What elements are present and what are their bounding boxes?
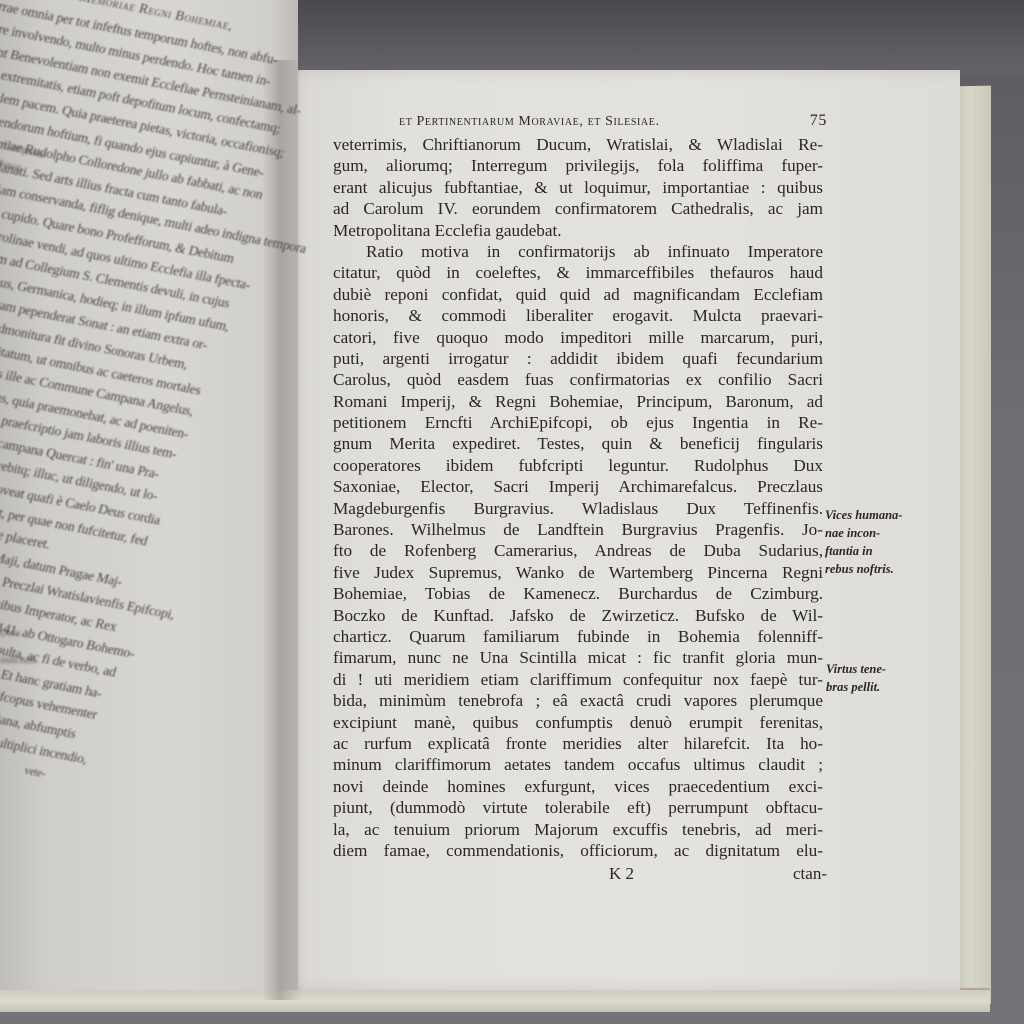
text-line: piunt, (dummodò virtute tolerabile eft) … xyxy=(333,797,823,818)
marginal-note-line: Virtus tene- xyxy=(826,660,886,678)
text-line: Metropolitana Ecclefia gaudebat. xyxy=(333,220,823,241)
marginal-note-line: ftantia in xyxy=(825,542,902,560)
marginal-note-line: rebus noftris. xyxy=(825,560,902,578)
text-line: minum clariffimorum aetates tandem occaf… xyxy=(333,754,823,775)
text-line: bida, minimùm tenebrofa ; eâ exactâ crud… xyxy=(333,690,823,711)
text-line: novi deinde homines exfurgunt, vices pra… xyxy=(333,776,823,797)
vellum-cover-right-edge xyxy=(955,86,991,1005)
vellum-cover-bottom-edge xyxy=(0,988,990,1012)
background-shadow xyxy=(280,0,1024,75)
text-line: ad Carolum IV. eorundem confirmatorem Ca… xyxy=(333,198,823,219)
text-line: la, ac tenuium priorum Majorum excuffis … xyxy=(333,819,823,840)
signature-mark: K 2 xyxy=(609,864,634,884)
catchword: ctan- xyxy=(793,864,827,884)
text-line: gum, aliorumq; Interregum privilegijs, f… xyxy=(333,155,823,176)
text-line: puti, argenti irrogatur : addidit ibidem… xyxy=(333,348,823,369)
page-number: 75 xyxy=(810,112,827,130)
text-line: gnum Merita expediret. Testes, quin & be… xyxy=(333,433,823,454)
text-line: ac rurfum explicatâ fronte meridies alte… xyxy=(333,733,823,754)
running-head: et Pertinentiarum Moraviae, et Silesiae.… xyxy=(333,112,823,134)
text-line: erant alicujus fubftantiae, & ut loquimu… xyxy=(333,177,823,198)
text-line: veterrimis, Chriftianorum Ducum, Wratisl… xyxy=(333,134,823,155)
marginal-note-vices: Vices humana- nae incon- ftantia in rebu… xyxy=(825,506,902,578)
text-line: diem famae, commendationis, officiorum, … xyxy=(333,840,823,861)
text-line: fto de Rofenberg Camerarius, Andreas de … xyxy=(333,540,823,561)
text-line: Romani Imperij, & Regni Bohemiae, Princi… xyxy=(333,391,823,412)
text-line: excipiunt manè, quibus confumptis denuò … xyxy=(333,712,823,733)
book-photo: Sacrae Memoriae Regni Bohemiae, terrae o… xyxy=(0,0,1024,1024)
marginal-note-line: bras pellit. xyxy=(826,678,886,696)
marginal-note-line: nae incon- xyxy=(825,524,902,542)
body-text: veterrimis, Chriftianorum Ducum, Wratisl… xyxy=(333,134,823,861)
left-margin-notes-lower: Deus indicium. xyxy=(0,620,26,674)
text-line: Boczko de Kunftad. Jafsko de Zwirzeticz.… xyxy=(333,605,823,626)
text-line: Barones. Wilhelmus de Landftein Burgravi… xyxy=(333,519,823,540)
left-margin-note: Deus indicium. xyxy=(0,620,26,674)
text-line: Magdeburgenfis Burgravius. Wladislaus Du… xyxy=(333,498,823,519)
text-line: Ratio motiva in confirmatorijs ab infinu… xyxy=(333,241,823,262)
text-line: five Judex Supremus, Wanko de Wartemberg… xyxy=(333,562,823,583)
text-line: citatur, quòd in coeleftes, & immarceffi… xyxy=(333,262,823,283)
left-page-text: Sacrae Memoriae Regni Bohemiae, terrae o… xyxy=(0,0,275,786)
text-line: cooperatores ibidem fubfcripti leguntur.… xyxy=(333,455,823,476)
marginal-note-virtus: Virtus tene- bras pellit. xyxy=(826,660,886,696)
marginal-note-line: Vices humana- xyxy=(825,506,902,524)
text-line: Bohemiae, Tobias de Kamenecz. Burchardus… xyxy=(333,583,823,604)
text-line: Saxoniae, Elector, Sacri Imperij Archima… xyxy=(333,476,823,497)
text-line: charticz. Quarum familiarum fubinde in B… xyxy=(333,626,823,647)
left-page-lines: terrae omnia per tot infeftus temporum h… xyxy=(0,0,268,764)
text-line: Carolus, quòd easdem fuas confirmatorias… xyxy=(333,369,823,390)
text-line: honoris, & commodi liberaliter erogavit.… xyxy=(333,305,823,326)
running-head-title: et Pertinentiarum Moraviae, et Silesiae. xyxy=(399,114,660,130)
text-line: fimarum, nunc ne Una Scintilla micat : f… xyxy=(333,647,823,668)
text-line: di ! uti meridiem etiam clariffimum conf… xyxy=(333,669,823,690)
page-footer: K 2 ctan- xyxy=(333,862,823,886)
right-page-text: et Pertinentiarum Moraviae, et Silesiae.… xyxy=(333,112,823,886)
text-line: petitionem Erncfti ArchiEpifcopi, ob eju… xyxy=(333,412,823,433)
text-line: catori, five quoquo modo impeditori mill… xyxy=(333,327,823,348)
text-line: dubiè reponi confidat, quid quid ad magn… xyxy=(333,284,823,305)
